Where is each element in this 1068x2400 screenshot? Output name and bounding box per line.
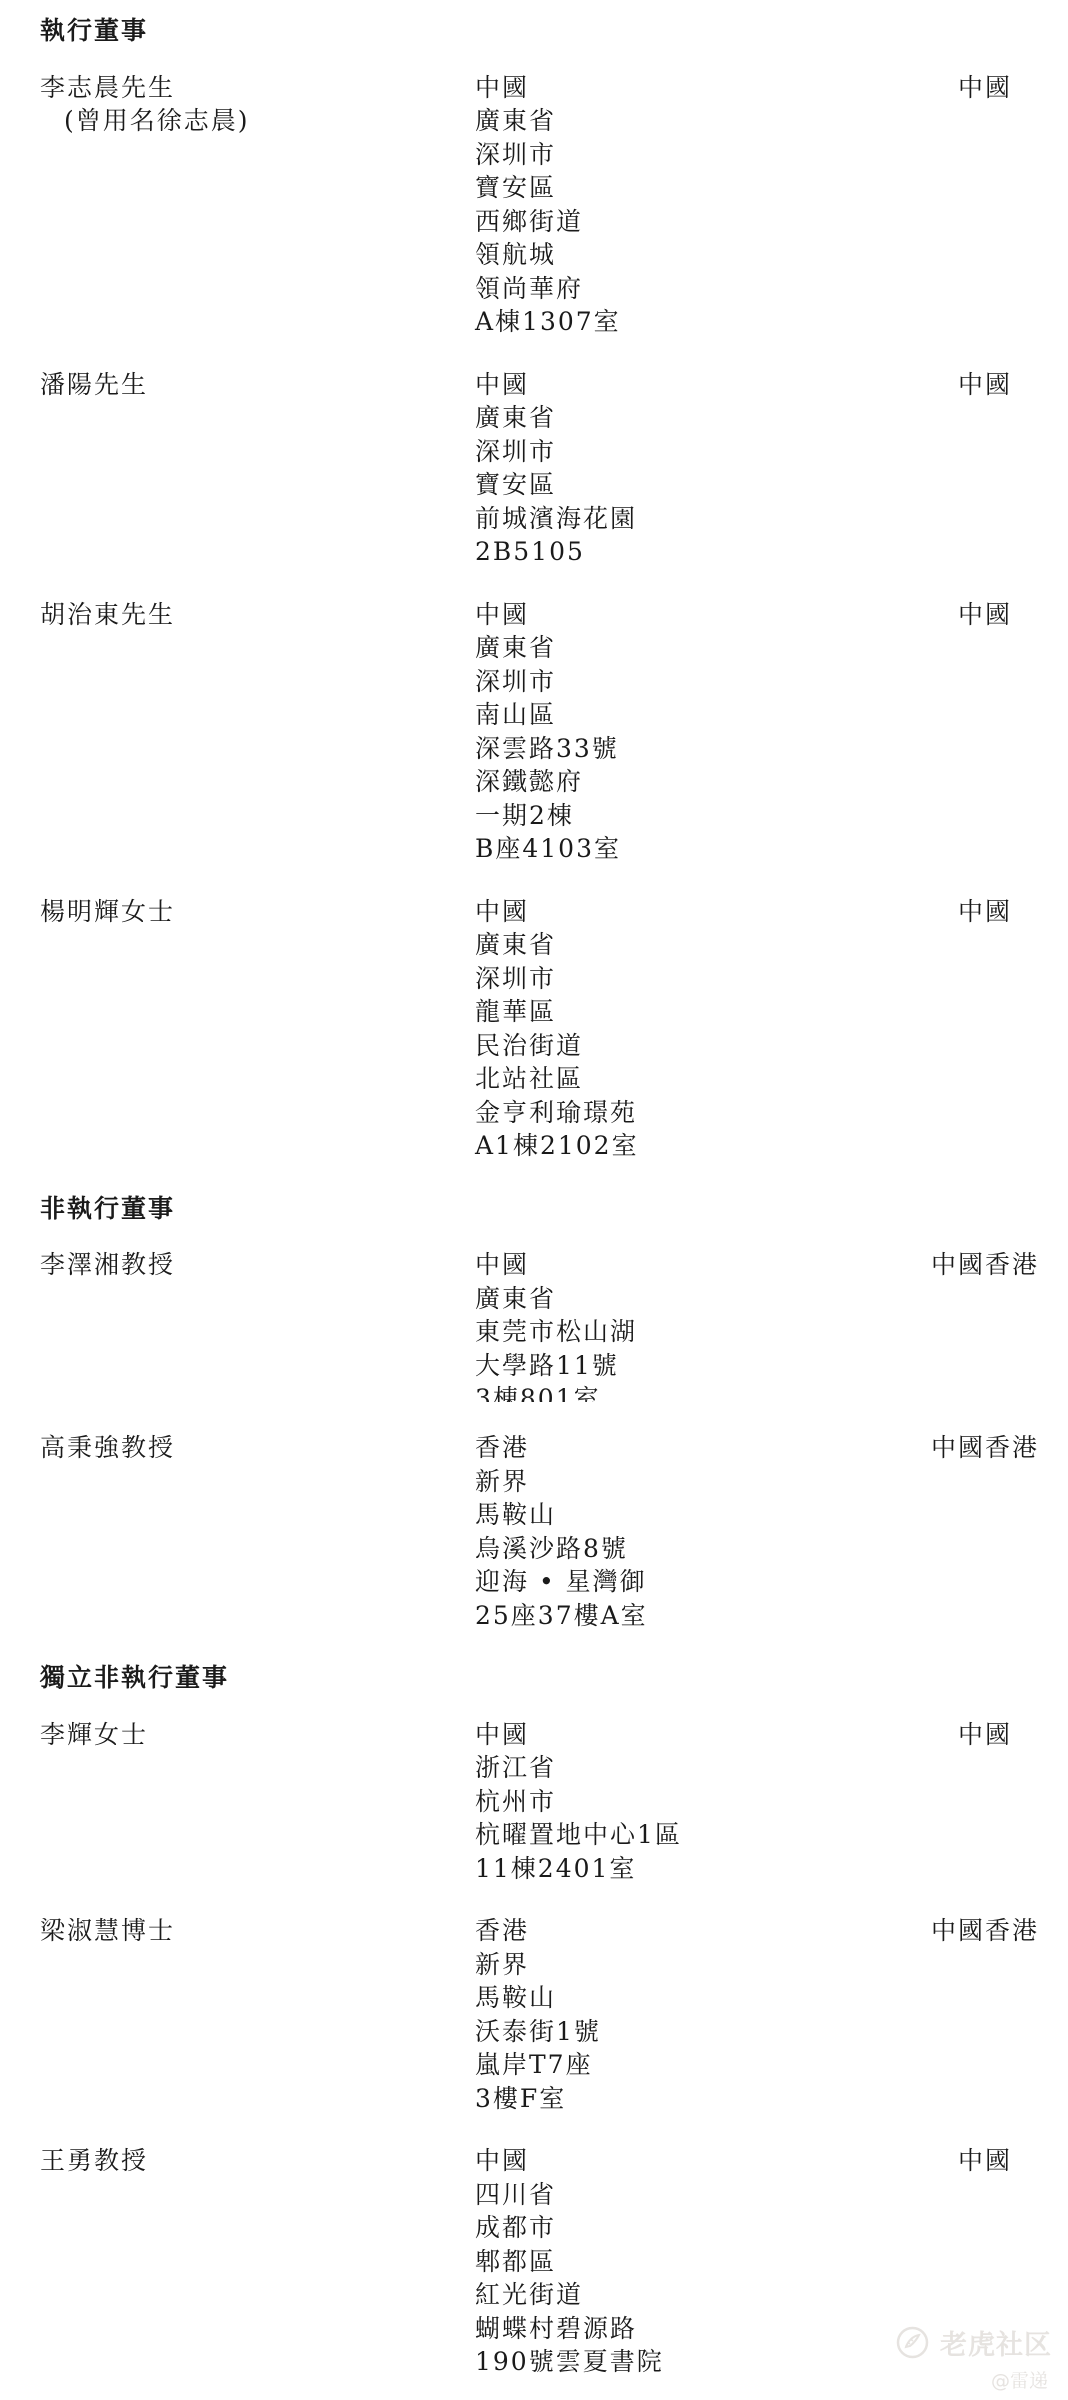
director-name-line: 潘陽先生	[40, 368, 475, 402]
address-line: 北站社區	[475, 1062, 880, 1096]
director-name-line: 李志晨先生	[40, 71, 475, 105]
address-line: 嵐岸T7座	[475, 2048, 880, 2082]
address-line: 烏溪沙路8號	[475, 1532, 880, 1566]
section-header: 非執行董事	[40, 1192, 1068, 1226]
director-former-name: (曾用名徐志晨)	[40, 104, 475, 138]
director-name-line: 楊明輝女士	[40, 895, 475, 929]
director-name: 潘陽先生	[40, 368, 475, 569]
address-line: 深圳市	[475, 665, 880, 699]
director-name: 楊明輝女士	[40, 895, 475, 1163]
address-line: 中國	[475, 2144, 880, 2178]
director-name-line: 胡治東先生	[40, 598, 475, 632]
address-line: 寶安區	[475, 468, 880, 502]
director-name: 李澤湘教授	[40, 1248, 475, 1402]
address-line: 東莞市松山湖	[475, 1315, 880, 1349]
address-line: 西鄉街道	[475, 205, 880, 239]
address-line: 新界	[475, 1948, 880, 1982]
address-line: B座4103室	[475, 832, 880, 866]
director-nationality: 中國	[880, 598, 1068, 866]
director-nationality: 中國	[880, 368, 1068, 569]
address-line: 大學路11號	[475, 1349, 880, 1383]
director-nationality: 中國香港	[880, 1248, 1068, 1402]
director-entry: 楊明輝女士中國廣東省深圳市龍華區民治街道北站社區金亨利瑜璟苑A1棟2102室中國	[40, 895, 1068, 1163]
address-line: 深鐵懿府	[475, 765, 880, 799]
address-line: 成都市	[475, 2211, 880, 2245]
address-line: 香港	[475, 1914, 880, 1948]
address-line: 新界	[475, 1465, 880, 1499]
address-line: 深雲路33號	[475, 732, 880, 766]
director-name-line: 高秉強教授	[40, 1431, 475, 1465]
director-nationality: 中國	[880, 895, 1068, 1163]
address-line: 四川省	[475, 2178, 880, 2212]
director-nationality: 中國	[880, 1718, 1068, 1886]
director-name: 胡治東先生	[40, 598, 475, 866]
address-line: 蝴蝶村碧源路	[475, 2312, 880, 2346]
director-entry: 李澤湘教授中國廣東省東莞市松山湖大學路11號3棟801室中國香港	[40, 1248, 1068, 1402]
director-entry: 潘陽先生中國廣東省深圳市寶安區前城濱海花園2B5105中國	[40, 368, 1068, 569]
director-entry: 胡治東先生中國廣東省深圳市南山區深雲路33號深鐵懿府一期2棟B座4103室中國	[40, 598, 1068, 866]
address-line: 廣東省	[475, 928, 880, 962]
director-address: 香港新界馬鞍山烏溪沙路8號迎海 • 星灣御25座37樓A室	[475, 1431, 880, 1632]
director-entry: 王勇教授中國四川省成都市郫都區紅光街道蝴蝶村碧源路190號雲夏書院中國	[40, 2144, 1068, 2379]
director-section: 非執行董事李澤湘教授中國廣東省東莞市松山湖大學路11號3棟801室中國香港高秉強…	[40, 1192, 1068, 1633]
address-line: 3樓F室	[475, 2082, 880, 2116]
director-entry: 梁淑慧博士香港新界馬鞍山沃泰街1號嵐岸T7座3樓F室中國香港	[40, 1914, 1068, 2115]
director-name-line: 王勇教授	[40, 2144, 475, 2178]
address-line: 領航城	[475, 238, 880, 272]
address-line: 190號雲夏書院	[475, 2345, 880, 2379]
director-name: 王勇教授	[40, 2144, 475, 2379]
address-line: 杭州市	[475, 1785, 880, 1819]
address-line: 杭曜置地中心1區	[475, 1818, 880, 1852]
director-name: 高秉強教授	[40, 1431, 475, 1632]
director-entry: 李志晨先生(曾用名徐志晨)中國廣東省深圳市寶安區西鄉街道領航城領尚華府A棟130…	[40, 71, 1068, 339]
address-line: 沃泰街1號	[475, 2015, 880, 2049]
director-address: 中國廣東省深圳市寶安區前城濱海花園2B5105	[475, 368, 880, 569]
address-line: 浙江省	[475, 1751, 880, 1785]
director-name: 梁淑慧博士	[40, 1914, 475, 2115]
address-line: 2B5105	[475, 535, 880, 569]
address-line: 龍華區	[475, 995, 880, 1029]
director-section: 執行董事李志晨先生(曾用名徐志晨)中國廣東省深圳市寶安區西鄉街道領航城領尚華府A…	[40, 14, 1068, 1163]
directors-list: 執行董事李志晨先生(曾用名徐志晨)中國廣東省深圳市寶安區西鄉街道領航城領尚華府A…	[40, 14, 1068, 2379]
address-line: 紅光街道	[475, 2278, 880, 2312]
address-line: 金亨利瑜璟苑	[475, 1096, 880, 1130]
director-address: 香港新界馬鞍山沃泰街1號嵐岸T7座3樓F室	[475, 1914, 880, 2115]
director-address: 中國浙江省杭州市杭曜置地中心1區11棟2401室	[475, 1718, 880, 1886]
director-nationality: 中國	[880, 71, 1068, 339]
director-nationality: 中國香港	[880, 1914, 1068, 2115]
director-address: 中國廣東省深圳市南山區深雲路33號深鐵懿府一期2棟B座4103室	[475, 598, 880, 866]
document-page: 執行董事李志晨先生(曾用名徐志晨)中國廣東省深圳市寶安區西鄉街道領航城領尚華府A…	[0, 0, 1068, 2379]
address-line: 廣東省	[475, 104, 880, 138]
address-line: 25座37樓A室	[475, 1599, 880, 1633]
director-name: 李志晨先生(曾用名徐志晨)	[40, 71, 475, 339]
address-line: 11棟2401室	[475, 1852, 880, 1886]
director-name: 李輝女士	[40, 1718, 475, 1886]
address-line: 馬鞍山	[475, 1981, 880, 2015]
address-line: 馬鞍山	[475, 1498, 880, 1532]
address-line: 民治街道	[475, 1029, 880, 1063]
address-line: 深圳市	[475, 435, 880, 469]
address-line: 南山區	[475, 698, 880, 732]
address-line: 郫都區	[475, 2245, 880, 2279]
director-name-line: 李輝女士	[40, 1718, 475, 1752]
director-name-line: 李澤湘教授	[40, 1248, 475, 1282]
address-line: 中國	[475, 1718, 880, 1752]
address-line: 深圳市	[475, 962, 880, 996]
address-line: 中國	[475, 895, 880, 929]
address-line: 深圳市	[475, 138, 880, 172]
director-name-line: 梁淑慧博士	[40, 1914, 475, 1948]
address-line: 香港	[475, 1431, 880, 1465]
director-address: 中國廣東省東莞市松山湖大學路11號3棟801室	[475, 1248, 880, 1402]
director-address: 中國廣東省深圳市寶安區西鄉街道領航城領尚華府A棟1307室	[475, 71, 880, 339]
address-line: 寶安區	[475, 171, 880, 205]
address-line: 中國	[475, 598, 880, 632]
address-line: 中國	[475, 368, 880, 402]
director-nationality: 中國	[880, 2144, 1068, 2379]
address-line: A1棟2102室	[475, 1129, 880, 1163]
director-section: 獨立非執行董事李輝女士中國浙江省杭州市杭曜置地中心1區11棟2401室中國梁淑慧…	[40, 1661, 1068, 2379]
address-line: 廣東省	[475, 1282, 880, 1316]
director-address: 中國廣東省深圳市龍華區民治街道北站社區金亨利瑜璟苑A1棟2102室	[475, 895, 880, 1163]
director-address: 中國四川省成都市郫都區紅光街道蝴蝶村碧源路190號雲夏書院	[475, 2144, 880, 2379]
address-line: 前城濱海花園	[475, 502, 880, 536]
director-entry: 李輝女士中國浙江省杭州市杭曜置地中心1區11棟2401室中國	[40, 1718, 1068, 1886]
address-line: 領尚華府	[475, 272, 880, 306]
section-header: 執行董事	[40, 14, 1068, 48]
director-nationality: 中國香港	[880, 1431, 1068, 1632]
address-line: 迎海 • 星灣御	[475, 1565, 880, 1599]
section-header: 獨立非執行董事	[40, 1661, 1068, 1695]
address-line: 廣東省	[475, 401, 880, 435]
address-line: 中國	[475, 1248, 880, 1282]
address-line: 中國	[475, 71, 880, 105]
address-line: 3棟801室	[475, 1382, 880, 1402]
address-line: 廣東省	[475, 631, 880, 665]
address-line: 一期2棟	[475, 799, 880, 833]
director-entry: 高秉強教授香港新界馬鞍山烏溪沙路8號迎海 • 星灣御25座37樓A室中國香港	[40, 1431, 1068, 1632]
address-line: A棟1307室	[475, 305, 880, 339]
